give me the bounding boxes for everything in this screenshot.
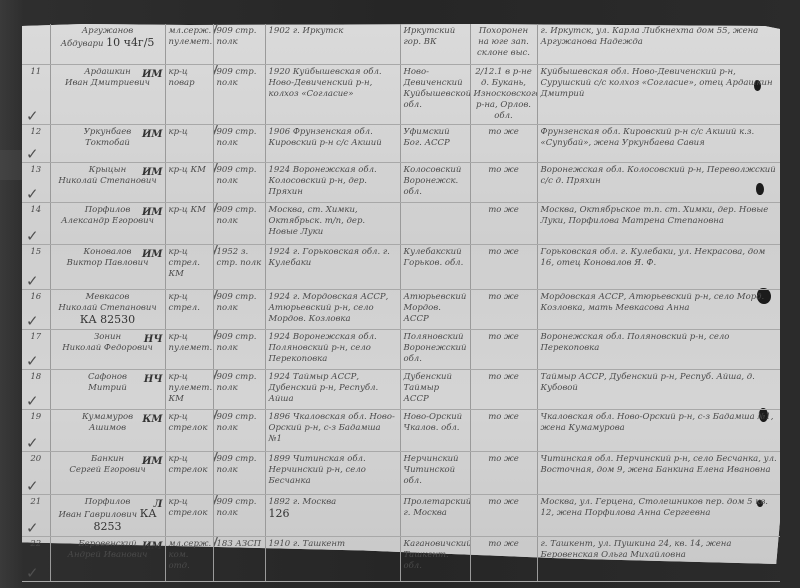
row-number-cell: 15✓ bbox=[22, 244, 50, 289]
fate-cell: Похоронен на юге зап. склоне выс. bbox=[470, 24, 537, 64]
birth-cell: 1899 Читинская обл. Нерчинский р-н, село… bbox=[265, 451, 400, 494]
conscription-text: Поляновский Воронежский обл. bbox=[404, 332, 467, 364]
address-text: Куйбышевская обл. Ново-Девиченский р-н, … bbox=[541, 67, 773, 99]
birth-cell: 1892 г. Москва126 bbox=[265, 494, 400, 536]
rank-cell: кр-ц стрел. КМ bbox=[165, 244, 213, 289]
given-names: Митрий bbox=[88, 383, 127, 393]
given-names: Ашимов bbox=[89, 423, 126, 433]
verification-tick-icon: √ bbox=[213, 451, 223, 459]
register-row: 20✓БанкинСергей ЕгоровичИМкр-ц стрелок√9… bbox=[22, 451, 780, 494]
surname: Банкин bbox=[91, 454, 124, 464]
conscription-cell: Атюрьевский Мордов. АССР bbox=[400, 289, 470, 329]
handwritten-initials: НЧ bbox=[144, 334, 163, 345]
given-names: Иван Гаврилович bbox=[58, 510, 137, 520]
handwritten-initials: ИМ bbox=[142, 129, 163, 140]
birth-cell: 1906 Фрунзенская обл. Кировский р-н с/с … bbox=[265, 124, 400, 162]
birth-text: 1920 Куйбышевская обл. Ново-Девиченский … bbox=[269, 67, 382, 99]
surname: Крыцын bbox=[89, 165, 126, 175]
handwritten-initials: ИМ bbox=[142, 167, 163, 178]
address-cell: Фрунзенская обл. Кировский р-н с/с Акший… bbox=[537, 124, 780, 162]
row-number-cell: 22✓ bbox=[22, 536, 50, 581]
fate-cell: то же bbox=[470, 202, 537, 244]
handwritten-initials: ИМ bbox=[142, 207, 163, 218]
unit-cell: √1952 з. стр. полк bbox=[213, 244, 265, 289]
unit-cell: √909 стр. полк bbox=[213, 369, 265, 409]
rank-text: кр-ц пулемет. bbox=[169, 332, 213, 353]
name-cell: МевкасовНиколай Степанович КА 82530 bbox=[50, 289, 165, 329]
register-row: 22✓БеровенскийАндрей ИвановичИМмл.серж. … bbox=[22, 536, 780, 581]
birth-cell: 1924 Таймыр АССР, Дубенский р-н, Республ… bbox=[265, 369, 400, 409]
rank-text: кр-ц КМ bbox=[169, 165, 206, 175]
fate-text: то же bbox=[488, 497, 519, 507]
verification-tick-icon: √ bbox=[213, 244, 223, 252]
address-cell: Чкаловская обл. Ново-Орский р-н, с-з Бад… bbox=[537, 409, 780, 451]
address-cell: Горьковская обл. г. Кулебаки, ул. Некрас… bbox=[537, 244, 780, 289]
unit-cell: √909 стр. полк bbox=[213, 162, 265, 202]
verification-tick-icon: √ bbox=[213, 202, 223, 210]
birth-text: 1892 г. Москва bbox=[269, 497, 337, 507]
rank-text: кр-ц повар bbox=[169, 67, 195, 88]
rank-cell: кр-ц bbox=[165, 124, 213, 162]
conscription-cell: Иркутский гор. ВК bbox=[400, 24, 470, 64]
address-text: Чкаловская обл. Ново-Орский р-н, с-з Бад… bbox=[541, 412, 774, 433]
given-names: Виктор Павлович bbox=[67, 258, 149, 268]
unit-cell: √909 стр. полк bbox=[213, 289, 265, 329]
row-number-cell: 13✓ bbox=[22, 162, 50, 202]
address-cell: Таймыр АССР, Дубенский р-н, Респуб. Айша… bbox=[537, 369, 780, 409]
address-text: Воронежская обл. Поляновский р-н, село П… bbox=[541, 332, 730, 353]
birth-cell: 1902 г. Иркутск bbox=[265, 24, 400, 64]
fate-text: то же bbox=[488, 454, 519, 464]
given-names: Николай Степанович bbox=[58, 303, 156, 313]
conscription-text: Ново-Орский Чкалов. обл. bbox=[404, 412, 463, 433]
surname: Мевкасов bbox=[86, 292, 130, 302]
row-number-cell: 14✓ bbox=[22, 202, 50, 244]
unit-cell: √183 АЗСП bbox=[213, 536, 265, 581]
birth-text: 1924 г. Горьковская обл. г. Кулебаки bbox=[269, 247, 390, 268]
register-row: АргужановАбдувари 10 ч4г/5мл.серж. пулем… bbox=[22, 24, 780, 64]
name-cell: ПорфиловИван Гаврилович КА 8253Л bbox=[50, 494, 165, 536]
birth-cell: Москва, ст. Химки, Октябрьск. т/п, дер. … bbox=[265, 202, 400, 244]
register-row: 18✓СафоновМитрийНЧкр-ц пулемет. КМ√909 с… bbox=[22, 369, 780, 409]
fate-text: то же bbox=[488, 247, 519, 257]
row-number: 22 bbox=[30, 539, 41, 549]
row-number: 18 bbox=[30, 372, 41, 382]
rank-cell: кр-ц КМ bbox=[165, 202, 213, 244]
row-number: 11 bbox=[30, 67, 41, 77]
rank-cell: кр-ц пулемет. bbox=[165, 329, 213, 369]
fate-cell: то же bbox=[470, 124, 537, 162]
unit-cell: √909 стр. полк bbox=[213, 64, 265, 124]
address-text: Горьковская обл. г. Кулебаки, ул. Некрас… bbox=[541, 247, 766, 268]
address-cell: Воронежская обл. Поляновский р-н, село П… bbox=[537, 329, 780, 369]
rank-cell: кр-ц КМ bbox=[165, 162, 213, 202]
row-number-cell: 21✓ bbox=[22, 494, 50, 536]
address-cell: Воронежская обл. Колосовский р-н, Перево… bbox=[537, 162, 780, 202]
unit-cell: √909 стр. полк bbox=[213, 494, 265, 536]
rank-cell: кр-ц стрелок bbox=[165, 451, 213, 494]
name-cell: КрыцынНиколай СтепановичИМ bbox=[50, 162, 165, 202]
fate-text: то же bbox=[488, 205, 519, 215]
handwritten-initials: КМ bbox=[142, 414, 162, 425]
address-text: г. Ташкент, ул. Пушкина 24, кв. 14, жена… bbox=[541, 539, 732, 560]
rank-text: мл.серж. ком. отд. bbox=[169, 539, 212, 571]
name-cell: ЗонинНиколай ФедоровичНЧ bbox=[50, 329, 165, 369]
birth-cell: 1924 г. Горьковская обл. г. Кулебаки bbox=[265, 244, 400, 289]
birth-text: 1924 Таймыр АССР, Дубенский р-н, Республ… bbox=[269, 372, 379, 404]
checkmark-icon: ✓ bbox=[26, 356, 39, 367]
conscription-text: Ново-Девиченский Куйбышевской обл. bbox=[404, 67, 471, 110]
fate-text: 2/12.1 в р-не д. Букань, Износковского р… bbox=[474, 67, 538, 121]
conscription-cell: Дубенский Таймыр АССР bbox=[400, 369, 470, 409]
handwritten-initials: Л bbox=[154, 499, 163, 510]
name-cell: ПорфиловАлександр ЕгоровичИМ bbox=[50, 202, 165, 244]
conscription-text: Атюрьевский Мордов. АССР bbox=[404, 292, 467, 324]
verification-tick-icon: √ bbox=[213, 494, 223, 502]
surname: Коновалов bbox=[84, 247, 132, 257]
name-cell: БанкинСергей ЕгоровичИМ bbox=[50, 451, 165, 494]
verification-tick-icon: √ bbox=[213, 24, 223, 31]
fate-cell: то же bbox=[470, 409, 537, 451]
unit-cell: √909 стр. полк bbox=[213, 124, 265, 162]
birth-cell: 1924 Воронежская обл. Поляновский р-н, с… bbox=[265, 329, 400, 369]
fate-text: то же bbox=[488, 412, 519, 422]
fate-text: то же bbox=[488, 165, 519, 175]
row-number: 15 bbox=[30, 247, 41, 257]
checkmark-icon: ✓ bbox=[26, 481, 39, 492]
address-cell: г. Ташкент, ул. Пушкина 24, кв. 14, жена… bbox=[537, 536, 780, 581]
conscription-text: Нерчинский Читинской обл. bbox=[404, 454, 459, 486]
handwritten-initials: ИМ bbox=[142, 456, 163, 467]
verification-tick-icon: √ bbox=[213, 64, 223, 72]
register-row: 17✓ЗонинНиколай ФедоровичНЧкр-ц пулемет.… bbox=[22, 329, 780, 369]
row-number: 21 bbox=[30, 497, 41, 507]
checkmark-icon: ✓ bbox=[26, 231, 39, 242]
birth-text: Москва, ст. Химки, Октябрьск. т/п, дер. … bbox=[269, 205, 366, 237]
surname: Порфилов bbox=[85, 497, 131, 507]
row-number-cell: 20✓ bbox=[22, 451, 50, 494]
fate-cell: 2/12.1 в р-не д. Букань, Износковского р… bbox=[470, 64, 537, 124]
name-cell: БеровенскийАндрей ИвановичИМ bbox=[50, 536, 165, 581]
conscription-cell: Нерчинский Читинской обл. bbox=[400, 451, 470, 494]
fate-text: то же bbox=[488, 372, 519, 382]
rank-text: кр-ц стрелок bbox=[169, 497, 208, 518]
given-names: Александр Егорович bbox=[61, 216, 154, 226]
verification-tick-icon: √ bbox=[213, 536, 223, 544]
verification-tick-icon: √ bbox=[213, 124, 223, 132]
register-row: 15✓КоноваловВиктор ПавловичИМкр-ц стрел.… bbox=[22, 244, 780, 289]
conscription-text: Дубенский Таймыр АССР bbox=[404, 372, 452, 404]
surname: Зонин bbox=[94, 332, 121, 342]
loss-register-table: АргужановАбдувари 10 ч4г/5мл.серж. пулем… bbox=[22, 24, 780, 582]
conscription-cell: Колосовский Воронежск. обл. bbox=[400, 162, 470, 202]
given-names: Абдувари bbox=[61, 39, 104, 49]
name-cell: КоноваловВиктор ПавловичИМ bbox=[50, 244, 165, 289]
fate-cell: то же bbox=[470, 451, 537, 494]
name-cell: АрдашкинИван ДмитриевичИМ bbox=[50, 64, 165, 124]
fate-text: то же bbox=[488, 292, 519, 302]
surname: Аргужанов bbox=[82, 26, 134, 36]
unit-text: 183 АЗСП bbox=[217, 539, 262, 549]
address-text: г. Иркутск, ул. Карла Либкнехта дом 55, … bbox=[541, 26, 759, 47]
register-row: 13✓КрыцынНиколай СтепановичИМкр-ц КМ√909… bbox=[22, 162, 780, 202]
rank-text: кр-ц стрел. КМ bbox=[169, 247, 200, 279]
verification-tick-icon: √ bbox=[213, 409, 223, 417]
conscription-text: Колосовский Воронежск. обл. bbox=[404, 165, 462, 197]
checkmark-icon: ✓ bbox=[26, 189, 39, 200]
fate-cell: то же bbox=[470, 494, 537, 536]
address-text: Таймыр АССР, Дубенский р-н, Респуб. Айша… bbox=[541, 372, 755, 393]
rank-cell: кр-ц пулемет. КМ bbox=[165, 369, 213, 409]
fate-text: то же bbox=[488, 127, 519, 137]
rank-cell: кр-ц повар bbox=[165, 64, 213, 124]
conscription-text: Иркутский гор. ВК bbox=[404, 26, 456, 47]
birth-text: 1902 г. Иркутск bbox=[269, 26, 344, 36]
name-cell: УркунбаевТоктобайИМ bbox=[50, 124, 165, 162]
address-text: Фрунзенская обл. Кировский р-н с/с Акший… bbox=[541, 127, 755, 148]
conscription-text: Пролетарский г. Москва bbox=[404, 497, 471, 518]
fate-text: Похоронен на юге зап. склоне выс. bbox=[477, 26, 530, 58]
surname: Ардашкин bbox=[84, 67, 131, 77]
row-number-cell: 11✓ bbox=[22, 64, 50, 124]
address-text: Москва, Октябрьское т.п. ст. Химки, дер.… bbox=[541, 205, 769, 226]
fate-cell: то же bbox=[470, 289, 537, 329]
service-number-annotation: КА 82530 bbox=[80, 313, 135, 326]
name-cell: СафоновМитрийНЧ bbox=[50, 369, 165, 409]
service-number-annotation: 10 ч4г/5 bbox=[106, 36, 154, 49]
row-number: 20 bbox=[30, 454, 41, 464]
rank-cell: кр-ц стрелок bbox=[165, 494, 213, 536]
row-number-cell: 16✓ bbox=[22, 289, 50, 329]
row-number: 16 bbox=[30, 292, 41, 302]
given-names: Николай Федорович bbox=[62, 343, 153, 353]
birth-cell: 1910 г. Ташкент bbox=[265, 536, 400, 581]
row-number: 14 bbox=[30, 205, 41, 215]
birth-cell: 1924 г. Мордовская АССР, Атюрьевский р-н… bbox=[265, 289, 400, 329]
address-cell: Москва, Октябрьское т.п. ст. Химки, дер.… bbox=[537, 202, 780, 244]
rank-cell: кр-ц стрел. bbox=[165, 289, 213, 329]
birth-text: 1906 Фрунзенская обл. Кировский р-н с/с … bbox=[269, 127, 382, 148]
surname: Уркунбаев bbox=[84, 127, 131, 137]
name-cell: АргужановАбдувари 10 ч4г/5 bbox=[50, 24, 165, 64]
birth-text: 1924 Воронежская обл. Колосовский р-н, д… bbox=[269, 165, 377, 197]
address-cell: Москва, ул. Герцена, Столешников пер. до… bbox=[537, 494, 780, 536]
verification-tick-icon: √ bbox=[213, 329, 223, 337]
checkmark-icon: ✓ bbox=[26, 111, 39, 122]
given-names: Сергей Егорович bbox=[69, 465, 145, 475]
surname: Беровенский bbox=[78, 539, 136, 549]
birth-text: 1899 Читинская обл. Нерчинский р-н, село… bbox=[269, 454, 366, 486]
address-text: Мордовская АССР, Атюрьевский р-н, село М… bbox=[541, 292, 765, 313]
row-number-cell bbox=[22, 24, 50, 64]
conscription-cell: Поляновский Воронежский обл. bbox=[400, 329, 470, 369]
birth-cell: 1924 Воронежская обл. Колосовский р-н, д… bbox=[265, 162, 400, 202]
row-number: 19 bbox=[30, 412, 41, 422]
verification-tick-icon: √ bbox=[213, 289, 223, 297]
rank-cell: кр-ц стрелок bbox=[165, 409, 213, 451]
conscription-cell: Кагановичский Ташкент. обл. bbox=[400, 536, 470, 581]
rank-text: кр-ц стрел. bbox=[169, 292, 200, 313]
address-text: Воронежская обл. Колосовский р-н, Перево… bbox=[541, 165, 776, 186]
register-row: 12✓УркунбаевТоктобайИМкр-ц√909 стр. полк… bbox=[22, 124, 780, 162]
address-text: Москва, ул. Герцена, Столешников пер. до… bbox=[541, 497, 768, 518]
checkmark-icon: ✓ bbox=[26, 568, 39, 579]
fate-text: то же bbox=[488, 539, 519, 549]
rank-text: кр-ц пулемет. КМ bbox=[169, 372, 213, 404]
unit-cell: √909 стр. полк bbox=[213, 409, 265, 451]
rank-text: кр-ц bbox=[169, 127, 188, 137]
address-cell: Читинская обл. Нерчинский р-н, село Бесч… bbox=[537, 451, 780, 494]
page-number-annotation: 126 bbox=[269, 507, 290, 520]
unit-cell: √909 стр. полк bbox=[213, 24, 265, 64]
rank-text: мл.серж. пулемет. bbox=[169, 26, 213, 47]
surname: Кумамуров bbox=[82, 412, 133, 422]
checkmark-icon: ✓ bbox=[26, 149, 39, 160]
rank-text: кр-ц стрелок bbox=[169, 454, 208, 475]
register-row: 19✓КумамуровАшимовКМкр-ц стрелок√909 стр… bbox=[22, 409, 780, 451]
unit-text: 1952 з. стр. полк bbox=[217, 247, 262, 268]
conscription-text: Уфимский Бог. АССР bbox=[404, 127, 450, 148]
fate-cell: то же bbox=[470, 329, 537, 369]
fate-cell: то же bbox=[470, 369, 537, 409]
row-number-cell: 12✓ bbox=[22, 124, 50, 162]
checkmark-icon: ✓ bbox=[26, 438, 39, 449]
birth-text: 1924 г. Мордовская АССР, Атюрьевский р-н… bbox=[269, 292, 389, 324]
address-cell: Куйбышевская обл. Ново-Девиченский р-н, … bbox=[537, 64, 780, 124]
conscription-cell: Уфимский Бог. АССР bbox=[400, 124, 470, 162]
surname: Сафонов bbox=[88, 372, 127, 382]
given-names: Токтобай bbox=[85, 138, 130, 148]
conscription-text: Кулебакский Горьков. обл. bbox=[404, 247, 464, 268]
fate-cell: то же bbox=[470, 244, 537, 289]
birth-text: 1896 Чкаловская обл. Ново-Орский р-н, с-… bbox=[269, 412, 395, 444]
birth-cell: 1920 Куйбышевская обл. Ново-Девиченский … bbox=[265, 64, 400, 124]
fate-cell: то же bbox=[470, 536, 537, 581]
checkmark-icon: ✓ bbox=[26, 396, 39, 407]
row-number: 17 bbox=[30, 332, 41, 342]
address-cell: Мордовская АССР, Атюрьевский р-н, село М… bbox=[537, 289, 780, 329]
address-cell: г. Иркутск, ул. Карла Либкнехта дом 55, … bbox=[537, 24, 780, 64]
register-row: 16✓МевкасовНиколай Степанович КА 82530кр… bbox=[22, 289, 780, 329]
conscription-text: Кагановичский Ташкент. обл. bbox=[404, 539, 471, 571]
given-names: Иван Дмитриевич bbox=[65, 78, 150, 88]
register-row: 14✓ПорфиловАлександр ЕгоровичИМкр-ц КМ√9… bbox=[22, 202, 780, 244]
unit-cell: √909 стр. полк bbox=[213, 202, 265, 244]
row-number: 12 bbox=[30, 127, 41, 137]
rank-cell: мл.серж. пулемет. bbox=[165, 24, 213, 64]
birth-text: 1924 Воронежская обл. Поляновский р-н, с… bbox=[269, 332, 377, 364]
conscription-cell: Ново-Орский Чкалов. обл. bbox=[400, 409, 470, 451]
verification-tick-icon: √ bbox=[213, 369, 223, 377]
checkmark-icon: ✓ bbox=[26, 523, 39, 534]
row-number-cell: 19✓ bbox=[22, 409, 50, 451]
row-number-cell: 18✓ bbox=[22, 369, 50, 409]
verification-tick-icon: √ bbox=[213, 162, 223, 170]
handwritten-initials: ИМ bbox=[142, 541, 163, 552]
register-row: 21✓ПорфиловИван Гаврилович КА 8253Лкр-ц … bbox=[22, 494, 780, 536]
row-number-cell: 17✓ bbox=[22, 329, 50, 369]
fate-cell: то же bbox=[470, 162, 537, 202]
surname: Порфилов bbox=[85, 205, 131, 215]
conscription-cell: Ново-Девиченский Куйбышевской обл. bbox=[400, 64, 470, 124]
address-text: Читинская обл. Нерчинский р-н, село Бесч… bbox=[541, 454, 777, 475]
rank-cell: мл.серж. ком. отд. bbox=[165, 536, 213, 581]
rank-text: кр-ц КМ bbox=[169, 205, 206, 215]
handwritten-initials: ИМ bbox=[142, 249, 163, 260]
handwritten-initials: ИМ bbox=[142, 69, 163, 80]
given-names: Андрей Иванович bbox=[68, 550, 148, 560]
conscription-cell bbox=[400, 202, 470, 244]
conscription-cell: Пролетарский г. Москва bbox=[400, 494, 470, 536]
row-number: 13 bbox=[30, 165, 41, 175]
checkmark-icon: ✓ bbox=[26, 316, 39, 327]
unit-cell: √909 стр. полк bbox=[213, 329, 265, 369]
conscription-cell: Кулебакский Горьков. обл. bbox=[400, 244, 470, 289]
fate-text: то же bbox=[488, 332, 519, 342]
name-cell: КумамуровАшимовКМ bbox=[50, 409, 165, 451]
register-row: 11✓АрдашкинИван ДмитриевичИМкр-ц повар√9… bbox=[22, 64, 780, 124]
birth-text: 1910 г. Ташкент bbox=[269, 539, 346, 549]
rank-text: кр-ц стрелок bbox=[169, 412, 208, 433]
birth-cell: 1896 Чкаловская обл. Ново-Орский р-н, с-… bbox=[265, 409, 400, 451]
handwritten-initials: НЧ bbox=[144, 374, 163, 385]
unit-cell: √909 стр. полк bbox=[213, 451, 265, 494]
checkmark-icon: ✓ bbox=[26, 276, 39, 287]
